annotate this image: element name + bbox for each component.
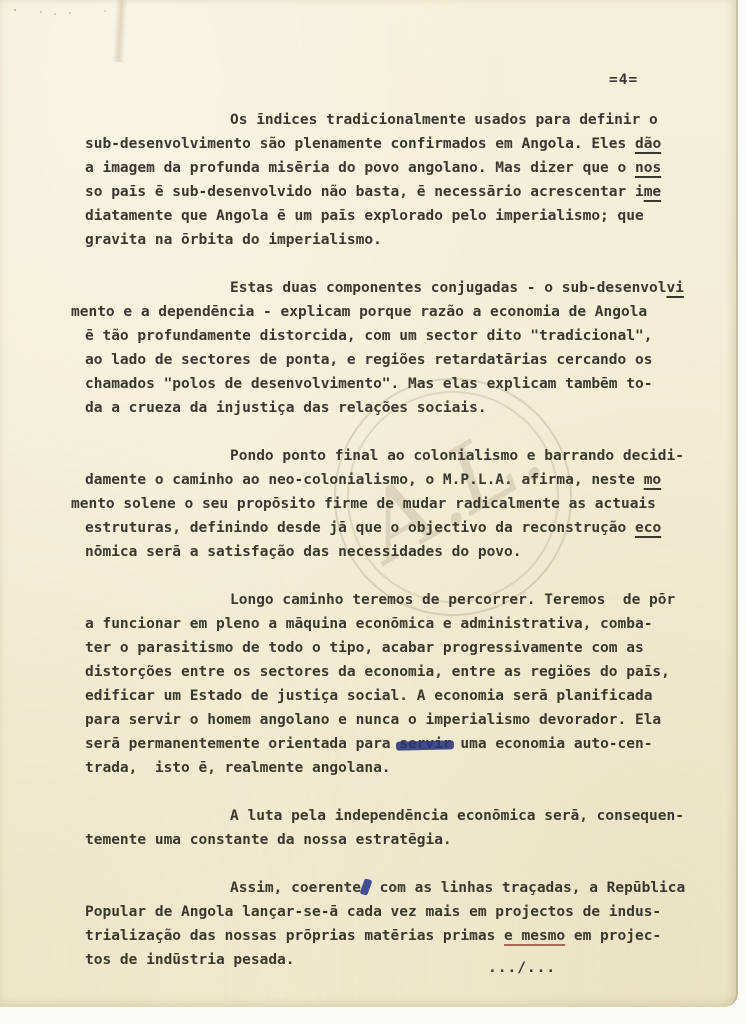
text-line: damente o caminho ao neo-colonialismo, o… [85, 468, 690, 492]
text-line: mento solene o seu propōsito firme de mu… [71, 492, 690, 516]
text-line: Longo caminho teremos de percorrer. Tere… [85, 588, 690, 612]
text-segment: Estas duas componentes conjugadas - o su… [230, 280, 667, 296]
text-line: trialização das nossas prōprias matērias… [85, 924, 690, 948]
struck-word: servir [399, 736, 451, 752]
text-segment: ter o parasitismo de todo o tipo, acabar… [85, 640, 644, 656]
text-segment: so paīs ē sub-desenvolvido não basta, ē … [85, 184, 644, 200]
text-segment: distorções entre os sectores da economia… [85, 664, 670, 680]
text-line: nōmica serā a satisfação das necessidade… [85, 540, 690, 564]
text-segment: trada, isto ē, realmente angolana. [85, 760, 391, 776]
text-line: Assim, coerente com as linhas traçadas, … [85, 876, 690, 900]
red-underlined-segment: e mesmo [504, 928, 565, 944]
text-line: temente uma constante da nossa estratēgi… [85, 828, 690, 852]
text-line: Pondo ponto final ao colonialismo e barr… [85, 444, 690, 468]
paragraph: Longo caminho teremos de percorrer. Tere… [85, 588, 690, 780]
text-segment: uma economia auto-cen- [452, 736, 653, 752]
text-line: A luta pela independēncia econōmica serā… [85, 804, 690, 828]
paper-crease [112, 0, 127, 62]
text-segment: mento e a dependēncia - explicam porque … [71, 304, 647, 320]
text-segment: a funcionar em pleno a māquina econōmica… [85, 616, 652, 632]
text-line: da a crueza da injustiça das relações so… [85, 396, 690, 420]
text-segment: estruturas, definindo desde jā que o obj… [85, 520, 635, 536]
text-line: Estas duas componentes conjugadas - o su… [85, 276, 690, 300]
text-segment: gravita na ōrbita do imperialismo. [85, 232, 382, 248]
text-segment: edificar um Estado de justiça social. A … [85, 688, 652, 704]
text-line: ter o parasitismo de todo o tipo, acabar… [85, 636, 690, 660]
underlined-segment: nos [635, 160, 661, 176]
text-segment: Popular de Angola lançar-se-ā cada vez m… [85, 904, 661, 920]
text-line: a funcionar em pleno a māquina econōmica… [85, 612, 690, 636]
paragraph: Pondo ponto final ao colonialismo e barr… [85, 444, 690, 564]
text-segment: nōmica serā a satisfação das necessidade… [85, 544, 522, 560]
text-segment: chamados "polos de desenvolvimento". Mas… [85, 376, 652, 392]
text-line: a imagem da profunda misēria do povo ang… [85, 156, 690, 180]
text-segment: Pondo ponto final ao colonialismo e barr… [230, 448, 684, 464]
text-line: trada, isto ē, realmente angolana. [85, 756, 690, 780]
text-line: distorções entre os sectores da economia… [85, 660, 690, 684]
text-segment: Os īndices tradicionalmente usados para … [230, 112, 658, 128]
continuation-mark: .../... [488, 960, 556, 976]
text-line: gravita na ōrbita do imperialismo. [85, 228, 690, 252]
text-line: mento e a dependēncia - explicam porque … [71, 300, 690, 324]
paragraph: Os īndices tradicionalmente usados para … [85, 108, 690, 252]
paragraph: Estas duas componentes conjugadas - o su… [85, 276, 690, 420]
text-line: ē tão profundamente distorcida, com um s… [85, 324, 690, 348]
underlined-segment: dão [635, 136, 661, 152]
text-segment: ao lado de sectores de ponta, e regiões … [85, 352, 652, 368]
text-segment: diatamente que Angola ē um paīs explorad… [85, 208, 644, 224]
text-line: Popular de Angola lançar-se-ā cada vez m… [85, 900, 690, 924]
text-segment: sub-desenvolvimento são plenamente confi… [85, 136, 635, 152]
text-line: tos de indūstria pesada. [85, 948, 690, 972]
text-segment: serā permanentemente orientada para [85, 736, 399, 752]
text-segment: a imagem da profunda misēria do povo ang… [85, 160, 635, 176]
underlined-segment: me [644, 184, 661, 200]
scanned-page: A.L. =4= Os īndices tradicionalmente usa… [0, 0, 738, 1007]
text-segment: damente o caminho ao neo-colonialismo, o… [85, 472, 644, 488]
text-line: diatamente que Angola ē um paīs explorad… [85, 204, 690, 228]
page-number: =4= [609, 72, 638, 88]
typewritten-text-block: Os īndices tradicionalmente usados para … [85, 108, 690, 996]
text-line: serā permanentemente orientada para serv… [85, 732, 690, 756]
text-line: Os īndices tradicionalmente usados para … [85, 108, 690, 132]
text-segment: Assim, coerente [230, 880, 361, 896]
underlined-segment: eco [635, 520, 661, 536]
text-line: chamados "polos de desenvolvimento". Mas… [85, 372, 690, 396]
text-segment: tos de indūstria pesada. [85, 952, 295, 968]
text-line: estruturas, definindo desde jā que o obj… [85, 516, 690, 540]
text-line: ao lado de sectores de ponta, e regiões … [85, 348, 690, 372]
text-line: sub-desenvolvimento são plenamente confi… [85, 132, 690, 156]
underlined-segment: vi [667, 280, 684, 296]
text-line: so paīs ē sub-desenvolvido não basta, ē … [85, 180, 690, 204]
paragraph: Assim, coerente com as linhas traçadas, … [85, 876, 690, 972]
underlined-segment: mo [644, 472, 661, 488]
text-segment: temente uma constante da nossa estratēgi… [85, 832, 452, 848]
text-segment: para servir o homem angolano e nunca o i… [85, 712, 661, 728]
paragraph: A luta pela independēncia econōmica serā… [85, 804, 690, 852]
text-segment: em projec- [565, 928, 661, 944]
text-segment: com as linhas traçadas, a Repūblica [371, 880, 685, 896]
text-segment: Longo caminho teremos de percorrer. Tere… [230, 592, 675, 608]
text-segment: mento solene o seu propōsito firme de mu… [71, 496, 656, 512]
text-line: para servir o homem angolano e nunca o i… [85, 708, 690, 732]
text-segment: ē tão profundamente distorcida, com um s… [85, 328, 652, 344]
text-segment: trialização das nossas prōprias matērias… [85, 928, 504, 944]
text-segment: da a crueza da injustiça das relações so… [85, 400, 487, 416]
text-segment: A luta pela independēncia econōmica serā… [230, 808, 684, 824]
pencil-specks [14, 9, 16, 11]
text-line: edificar um Estado de justiça social. A … [85, 684, 690, 708]
